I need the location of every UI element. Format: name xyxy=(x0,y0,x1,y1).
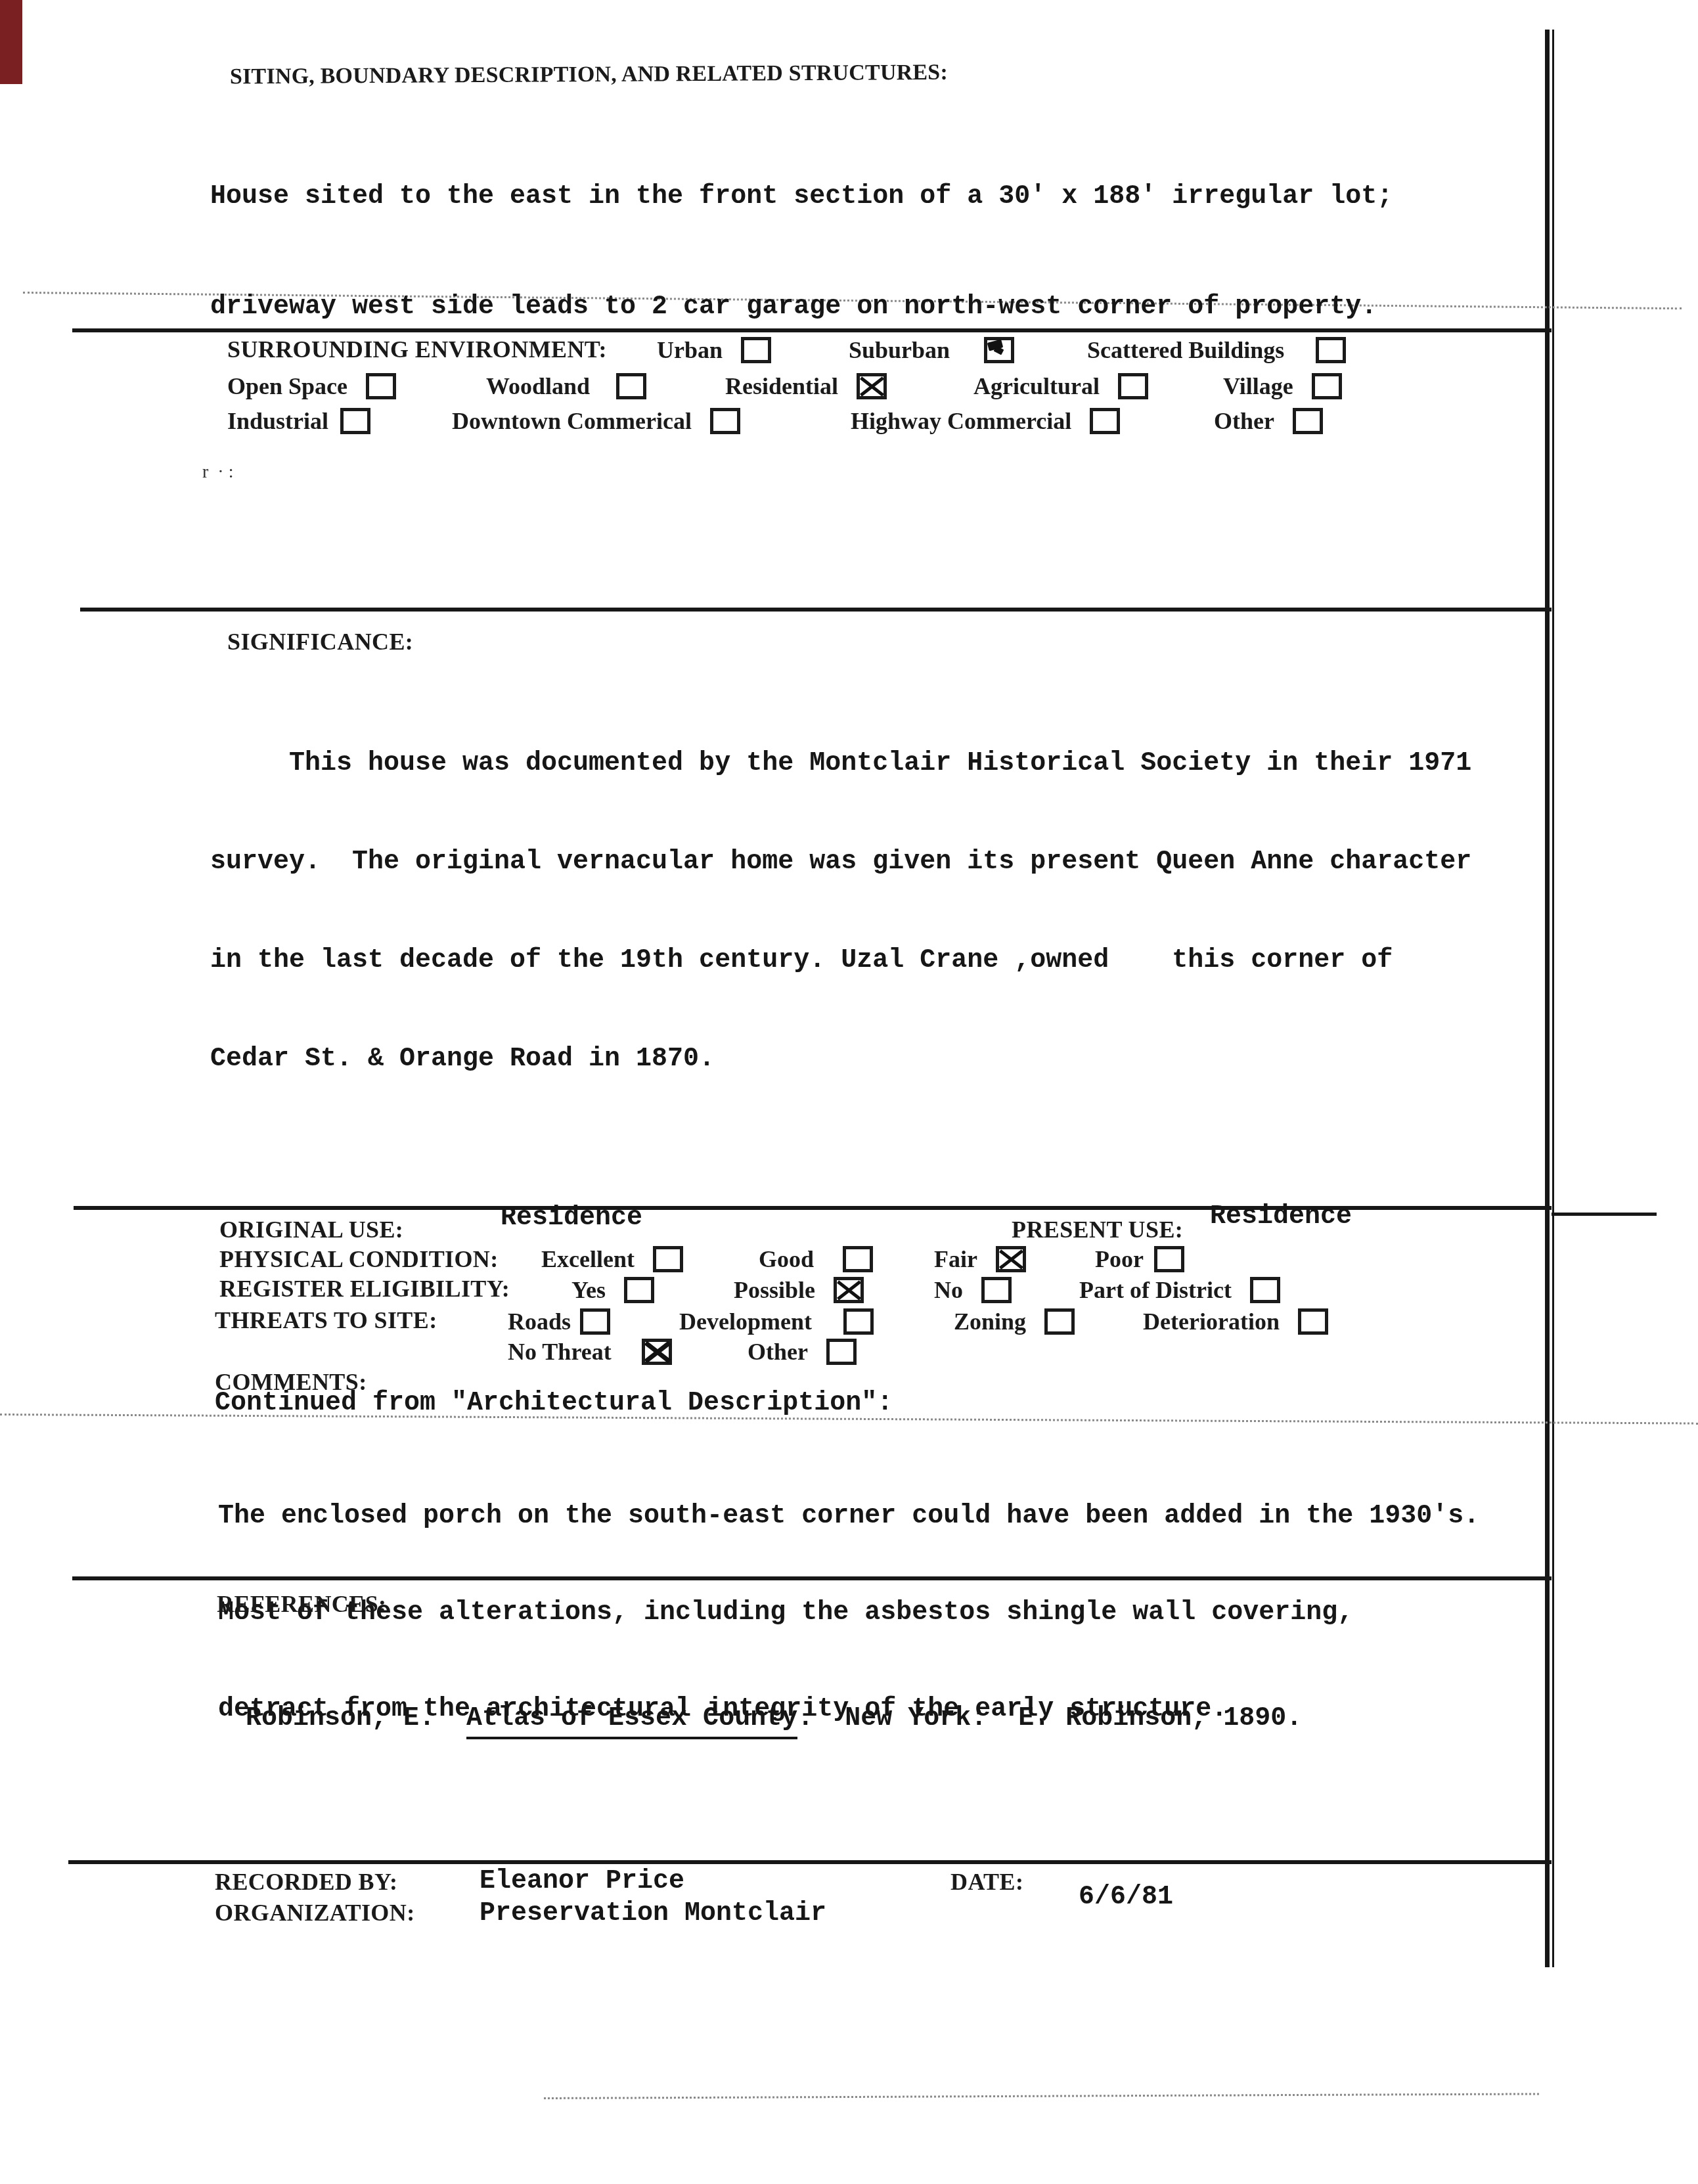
option-open-space: Open Space xyxy=(227,370,396,402)
option-label: Highway Commercial xyxy=(851,407,1071,435)
option-possible: Possible xyxy=(734,1274,864,1306)
option-excellent: Excellent xyxy=(541,1243,683,1275)
checkbox-zoning[interactable] xyxy=(1044,1308,1075,1335)
significance-line: Cedar St. & Orange Road in 1870. xyxy=(210,1043,1471,1076)
comments-line: The enclosed porch on the south-east cor… xyxy=(218,1500,1479,1532)
option-yes: Yes xyxy=(571,1274,654,1306)
physical-condition-label: PHYSICAL CONDITION: xyxy=(219,1245,499,1274)
option-deterioration: Deterioration xyxy=(1143,1306,1328,1337)
checkbox-yes[interactable] xyxy=(624,1277,654,1303)
checkbox-excellent[interactable] xyxy=(653,1246,683,1272)
option-urban: Urban xyxy=(657,334,771,366)
checkbox-village[interactable] xyxy=(1312,373,1342,399)
checkbox-open-space[interactable] xyxy=(366,373,396,399)
checkbox-development[interactable] xyxy=(843,1308,874,1335)
right-border-rule-inner xyxy=(1552,30,1554,1967)
siting-line: driveway west side leads to 2 car garage… xyxy=(210,289,1393,326)
organization-value: Preservation Montclair xyxy=(480,1898,826,1930)
section-title-siting: SITING, BOUNDARY DESCRIPTION, AND RELATE… xyxy=(230,58,948,92)
option-label: Excellent xyxy=(541,1245,635,1273)
checkbox-possible[interactable] xyxy=(834,1277,864,1303)
option-part-of-district: Part of District xyxy=(1079,1274,1280,1306)
original-use-label: ORIGINAL USE: xyxy=(219,1215,403,1244)
option-label: Roads xyxy=(508,1308,571,1335)
option-label: Other xyxy=(748,1338,808,1366)
divider-recorded xyxy=(68,1860,1552,1864)
checkbox-fair[interactable] xyxy=(996,1246,1026,1272)
date-value: 6/6/81 xyxy=(1079,1881,1173,1914)
right-border-rule-outer xyxy=(1545,30,1550,1967)
option-downtown-commerical: Downtown Commerical xyxy=(452,405,740,437)
section-title-significance: SIGNIFICANCE: xyxy=(227,627,413,656)
recorded-by-value: Eleanor Price xyxy=(480,1865,684,1898)
option-label: Possible xyxy=(734,1276,815,1304)
option-fair: Fair xyxy=(934,1243,1026,1275)
checkbox-other-threat[interactable] xyxy=(826,1339,857,1365)
option-other-environment: Other xyxy=(1214,405,1323,437)
option-scattered-buildings: Scattered Buildings xyxy=(1087,334,1346,366)
recorded-by-label: RECORDED BY: xyxy=(215,1867,398,1896)
scanned-survey-form-page: SITING, BOUNDARY DESCRIPTION, AND RELATE… xyxy=(0,0,1698,2184)
option-label: Part of District xyxy=(1079,1276,1232,1304)
date-label: DATE: xyxy=(950,1867,1023,1896)
option-label: Residential xyxy=(725,372,838,400)
option-label: Scattered Buildings xyxy=(1087,336,1284,364)
reference-citation: Robinson, E. Atlas of Essex County. New … xyxy=(246,1703,1302,1735)
checkbox-suburban[interactable] xyxy=(984,337,1014,363)
checkbox-roads[interactable] xyxy=(580,1308,610,1335)
option-residential: Residential xyxy=(725,370,887,402)
option-roads: Roads xyxy=(508,1306,610,1337)
significance-line: in the last decade of the 19th century. … xyxy=(210,945,1471,977)
significance-line: survey. The original vernacular home was… xyxy=(210,846,1471,879)
significance-text-block: This house was documented by the Montcla… xyxy=(210,682,1471,1142)
siting-line: House sited to the east in the front sec… xyxy=(210,179,1393,215)
option-label: Good xyxy=(759,1245,814,1273)
checkbox-poor[interactable] xyxy=(1154,1246,1184,1272)
checkbox-scattered-buildings[interactable] xyxy=(1316,337,1346,363)
citation-author: Robinson, E. xyxy=(246,1704,466,1733)
option-label: Downtown Commerical xyxy=(452,407,692,435)
option-label: Deterioration xyxy=(1143,1308,1280,1335)
checkbox-agricultural[interactable] xyxy=(1118,373,1148,399)
option-label: Yes xyxy=(571,1276,606,1304)
citation-book-title: Atlas of Essex County xyxy=(466,1704,797,1739)
comments-text-block: The enclosed porch on the south-east cor… xyxy=(218,1436,1479,1790)
option-woodland: Woodland xyxy=(486,370,646,402)
option-poor: Poor xyxy=(1095,1243,1184,1275)
option-no: No xyxy=(934,1274,1012,1306)
register-eligibility-label: REGISTER ELIGIBILITY: xyxy=(219,1274,510,1303)
option-label: Development xyxy=(679,1308,812,1335)
option-highway-commercial: Highway Commercial xyxy=(851,405,1120,437)
present-use-label: PRESENT USE: xyxy=(1012,1215,1183,1244)
option-label: Fair xyxy=(934,1245,977,1273)
option-label: Industrial xyxy=(227,407,328,435)
option-no-threat: No Threat xyxy=(508,1336,672,1368)
checkbox-part-of-district[interactable] xyxy=(1250,1277,1280,1303)
checkbox-highway-commercial[interactable] xyxy=(1090,408,1120,434)
option-label: Village xyxy=(1223,372,1293,400)
dotted-scan-line-bottom xyxy=(544,2093,1539,2099)
citation-publisher: . New York: E. Robinson, 1890. xyxy=(797,1704,1302,1733)
option-industrial: Industrial xyxy=(227,405,370,437)
present-use-value: Residence xyxy=(1210,1201,1352,1234)
threats-label: THREATS TO SITE: xyxy=(215,1306,437,1335)
divider-use-right-extension xyxy=(1552,1213,1657,1216)
checkbox-downtown-commerical[interactable] xyxy=(710,408,740,434)
option-other-threat: Other xyxy=(748,1336,857,1368)
option-label: Agricultural xyxy=(973,372,1100,400)
option-label: Urban xyxy=(657,336,723,364)
option-development: Development xyxy=(679,1306,874,1337)
checkbox-deterioration[interactable] xyxy=(1298,1308,1328,1335)
organization-label: ORGANIZATION: xyxy=(215,1898,415,1927)
original-use-value: Residence xyxy=(501,1202,642,1235)
option-label: Zoning xyxy=(954,1308,1026,1335)
option-label: Poor xyxy=(1095,1245,1144,1273)
option-label: No xyxy=(934,1276,963,1304)
option-village: Village xyxy=(1223,370,1342,402)
comments-continued-line: Continued from "Architectural Descriptio… xyxy=(215,1387,893,1420)
comments-line: Most of these alterations, including the… xyxy=(218,1597,1479,1629)
option-label: Open Space xyxy=(227,372,347,400)
option-good: Good xyxy=(759,1243,873,1275)
checkbox-no-threat[interactable] xyxy=(642,1339,672,1365)
option-suburban: Suburban xyxy=(849,334,1014,366)
checkbox-no[interactable] xyxy=(981,1277,1012,1303)
scan-corner-mark xyxy=(0,0,22,84)
checkbox-residential[interactable] xyxy=(857,373,887,399)
option-agricultural: Agricultural xyxy=(973,370,1148,402)
divider-significance xyxy=(80,608,1552,612)
option-label: No Threat xyxy=(508,1338,612,1366)
checkbox-industrial[interactable] xyxy=(340,408,370,434)
option-label: Woodland xyxy=(486,372,590,400)
checkbox-good[interactable] xyxy=(843,1246,873,1272)
checkbox-urban[interactable] xyxy=(741,337,771,363)
references-label: REFERENCES: xyxy=(217,1590,386,1618)
section-title-surrounding: SURROUNDING ENVIRONMENT: xyxy=(227,335,607,364)
checkbox-woodland[interactable] xyxy=(616,373,646,399)
checkbox-other-environment[interactable] xyxy=(1293,408,1323,434)
option-label: Suburban xyxy=(849,336,950,364)
option-label: Other xyxy=(1214,407,1274,435)
significance-line: This house was documented by the Montcla… xyxy=(210,747,1471,780)
option-zoning: Zoning xyxy=(954,1306,1075,1337)
stray-scan-mark: r · : xyxy=(202,462,233,483)
